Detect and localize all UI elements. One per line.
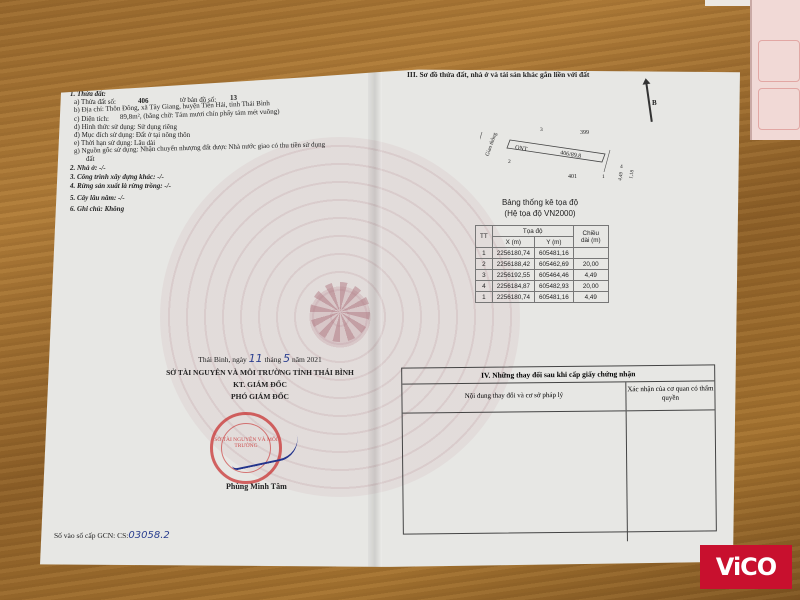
month-label: tháng <box>265 355 282 364</box>
issue-date: Thái Bình, ngày 11 tháng 5 năm 2021 <box>160 352 360 365</box>
item-trees: 5. Cây lâu năm: -/- <box>70 195 125 202</box>
position: PHÓ GIÁM ĐỐC <box>160 392 360 401</box>
cell-length: 4,49 <box>573 292 608 303</box>
item-house: 2. Nhà ở: -/- <box>70 165 106 172</box>
vertex-1: 1 <box>602 175 605 181</box>
item-forest: 4. Rừng sản xuất là rừng trồng: -/- <box>70 183 171 190</box>
vertex-3: 3 <box>540 128 543 134</box>
item-note: 6. Ghi chú: Không <box>70 206 124 213</box>
on-behalf: KT. GIÁM ĐỐC <box>160 380 360 389</box>
vico-logo: ViCO <box>700 545 792 589</box>
coords-table-title: Bảng thống kê tọa độ (Hệ tọa độ VN2000) <box>480 199 600 218</box>
col-x: X (m) <box>492 237 534 248</box>
coordinates-table: TT Tọa độ Chiều dài (m) X (m) Y (m) 1 22… <box>475 225 609 303</box>
table-row: 3 2256192,55 605464,46 4,49 <box>476 270 609 281</box>
item-construction: 3. Công trình xây dựng khác: -/- <box>70 174 164 181</box>
col-coords: Tọa độ <box>492 226 573 237</box>
neighbor-bottom: 401 <box>568 174 577 180</box>
changes-body <box>403 410 716 543</box>
cell-y: 605464,46 <box>534 270 573 281</box>
north-label: B <box>652 100 657 107</box>
cell-x: 2256184,87 <box>492 281 534 292</box>
certificate-page: II. Thửa đất, nhà ở và tài sản khác gắn … <box>40 62 740 572</box>
changes-table: IV. Những thay đổi sau khi cấp giấy chứn… <box>401 364 717 534</box>
land-heading: 1. Thửa đất: <box>70 91 106 98</box>
cell-length: 20,00 <box>573 281 608 292</box>
coords-subtitle-line: (Hệ tọa độ VN2000) <box>480 210 600 218</box>
date-prefix: Thái Bình, ngày <box>198 355 247 364</box>
table-row: 1 2256180,74 605481,16 <box>476 248 609 259</box>
cell-tt: 3 <box>476 270 493 281</box>
cell-length <box>573 248 608 259</box>
coords-title-line: Bảng thống kê tọa độ <box>480 199 600 207</box>
cell-tt: 2 <box>476 259 493 270</box>
col-tt: TT <box>476 226 493 248</box>
cell-y: 605482,93 <box>534 281 573 292</box>
vertex-2: 2 <box>508 160 511 166</box>
registry-label: Số vào sổ cấp GCN: CS: <box>54 531 128 540</box>
col-length: Chiều dài (m) <box>573 226 608 248</box>
signer-name: Phùng Minh Tâm <box>226 483 287 491</box>
table-row: 4 2256184,87 605482,93 20,00 <box>476 281 609 292</box>
date-month: 5 <box>283 352 290 365</box>
cell-tt: 1 <box>476 248 493 259</box>
registry-number: Số vào sổ cấp GCN: CS:03058.2 <box>54 531 170 541</box>
star-emblem-icon <box>310 282 370 342</box>
col-authority-confirm: Xác nhận của cơ quan có thẩm quyền <box>626 381 714 410</box>
vertex-4: 4 <box>620 165 623 171</box>
use-form: d) Hình thức sử dụng: Sử dụng riêng <box>74 124 177 131</box>
table-row: 2 2256188,42 605462,69 20,00 <box>476 259 609 270</box>
side-length-a: 4,49 <box>618 172 624 181</box>
signature-block: Thái Bình, ngày 11 tháng 5 năm 2021 SỞ T… <box>160 352 360 404</box>
table-row: 1 2256180,74 605481,16 4,49 <box>476 292 609 303</box>
cell-x: 2256192,55 <box>492 270 534 281</box>
agency-name: SỞ TÀI NGUYÊN VÀ MÔI TRƯỜNG TỈNH THÁI BÌ… <box>160 368 360 377</box>
parcel-diagram <box>480 132 630 172</box>
cell-length: 4,49 <box>573 270 608 281</box>
year-label: năm 2021 <box>292 355 322 364</box>
cell-x: 2256180,74 <box>492 248 534 259</box>
neighbor-top: 399 <box>580 130 589 136</box>
cell-tt: 1 <box>476 292 493 303</box>
origin-cont: đất <box>86 156 95 163</box>
col-change-content: Nội dung thay đổi và cơ sở pháp lý <box>402 382 626 412</box>
pink-documents-stack <box>750 0 800 140</box>
cell-y: 605462,69 <box>534 259 573 270</box>
area-label: c) Diện tích: <box>74 116 109 123</box>
cell-y: 605481,16 <box>534 292 573 303</box>
registry-value: 03058.2 <box>128 530 169 541</box>
cell-x: 2256180,74 <box>492 292 534 303</box>
cell-tt: 4 <box>476 281 493 292</box>
cell-length: 20,00 <box>573 259 608 270</box>
section-iii-title: III. Sơ đồ thửa đất, nhà ở và tài sản kh… <box>407 71 589 79</box>
col-y: Y (m) <box>534 237 573 248</box>
side-length-b: 1,18 <box>629 170 635 179</box>
use-purpose: đ) Mục đích sử dụng: Đất ở tại nông thôn <box>74 132 190 139</box>
cell-y: 605481,16 <box>534 248 573 259</box>
cell-x: 2256188,42 <box>492 259 534 270</box>
date-day: 11 <box>249 352 263 365</box>
